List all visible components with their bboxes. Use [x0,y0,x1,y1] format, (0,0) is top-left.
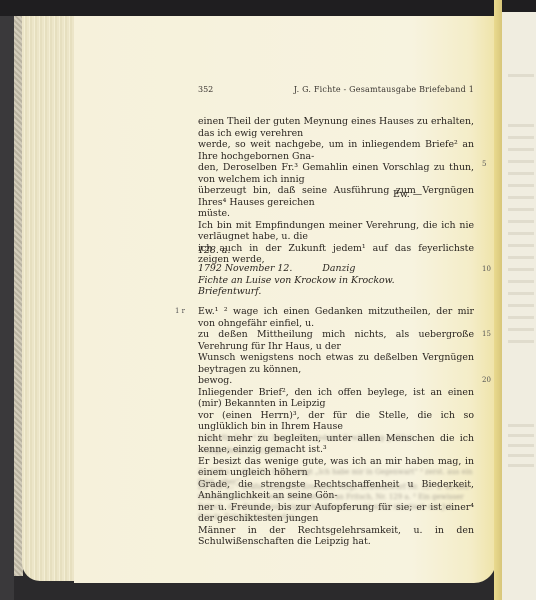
text-line: bewog. [198,375,474,387]
text-line: Ich bin mit Empfindungen meiner Verehrun… [198,220,474,243]
book-page-right-partial [502,12,536,600]
line-number: 20 [482,376,491,384]
page-stack-edge [22,16,74,581]
folio-mark: 1 r [175,307,185,315]
text-line: Ew.¹ ² wage ich einen Gedanken mitzuthei… [198,306,474,329]
text-line: den, Deroselben Fr.³ Gemahlin einen Vors… [198,162,474,185]
text-line: überzeugt bin, daß seine Ausführung zum … [198,185,474,208]
book-gutter [494,0,502,600]
text-line: Inliegender Brief², den ich offen beyleg… [198,387,474,410]
text-line: einen Theil der guten Meynung eines Haus… [198,116,474,139]
entry-heading: 1792 November 12.Danzig Fichte an Luise … [198,263,395,298]
text-line: werde, so weit nachgebe, um in inliegend… [198,139,474,162]
line-number: 10 [482,265,491,273]
body-text-top: einen Theil der guten Meynung eines Haus… [198,116,474,266]
footnote: Zu 128 a.: ¹ Gräfin Luise von Krockow; v… [198,482,474,522]
entry-number: 128. a. [198,245,230,256]
closing-salutation: Ew. — [393,189,422,200]
text-line: müste. [198,208,474,220]
footnote: ³ Abk. für Frau ⁴ Hs: Ihres ¹ Hs: „jedem… [198,433,474,443]
text-line: Wunsch wenigstens noch etwas zu deßelben… [198,352,474,375]
entry-place: Danzig [322,263,355,274]
background-top [0,0,536,16]
text-line: zu deßen Mittheilung mich nichts, als ue… [198,329,474,352]
footnote: ² Vergl. Brief Nr. 128 a. [198,446,474,456]
text-line: Männer in der Rechtsgelehrsamkeit, u. in… [198,525,474,548]
text-line: vor (einen Herrn)³, der für die Stelle, … [198,410,474,433]
running-title: J. G. Fichte - Gesamtausgabe Briefeband … [294,85,474,94]
line-number: 15 [482,330,491,338]
page-number: 352 [198,85,213,94]
entry-recipient: Fichte an Luise von Krockow in Krockow. [198,275,395,287]
entry-date: 1792 November 12. [198,263,292,274]
background-left [0,16,14,600]
line-number: 5 [482,160,486,168]
entry-type: Briefentwurf. [198,286,395,298]
